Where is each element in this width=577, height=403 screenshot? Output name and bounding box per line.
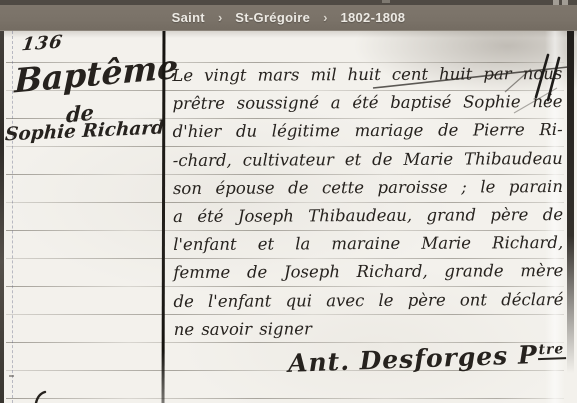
rule-line — [6, 398, 564, 399]
breadcrumb-bar: Saint › St-Grégoire › 1802-1808 — [0, 5, 577, 31]
chevron-right-icon: › — [218, 10, 222, 25]
act-type-heading: Baptême — [14, 49, 160, 101]
entry-number: 136 — [20, 32, 64, 56]
manuscript-line: prêtre soussigné a été baptisé Sophie né… — [172, 88, 562, 118]
manuscript-line: a été Joseph Thibaudeau, grand père de — [173, 201, 563, 231]
signature-title-superscript: tre — [537, 341, 565, 360]
record-image-canvas[interactable]: 136 Baptême de Sophie Richard Le vingt m… — [0, 31, 577, 403]
priest-signature: Ant. Desforges Ptre — [288, 339, 566, 378]
manuscript-line: -chard, cultivateur et de Marie Thibaude… — [173, 145, 563, 175]
breadcrumb-item-years[interactable]: 1802-1808 — [340, 10, 405, 25]
manuscript-line: Le vingt mars mil huit cent huit par nou… — [172, 60, 562, 90]
book-spine-edge — [0, 31, 4, 403]
cropped-content-fragment — [382, 0, 390, 3]
breadcrumb-item-parish[interactable]: Saint — [172, 10, 205, 25]
margin-guide-line — [12, 31, 13, 403]
manuscript-line: femme de Joseph Richard, grande mère — [173, 257, 563, 287]
manuscript-line: son épouse de cette paroisse ; le parain — [173, 173, 563, 203]
breadcrumb-item-place[interactable]: St-Grégoire — [235, 10, 310, 25]
margin-divider-line — [162, 31, 166, 403]
subject-name: Sophie Richard — [4, 118, 160, 146]
manuscript-line: ne savoir signer — [174, 314, 564, 344]
record-body-text: Le vingt mars mil huit cent huit par nou… — [172, 60, 563, 344]
record-viewer-window: Saint › St-Grégoire › 1802-1808 — [0, 0, 577, 403]
signature-title: P — [517, 340, 538, 370]
signature-name: Ant. Desforges — [288, 341, 509, 378]
page-right-edge — [567, 31, 574, 403]
manuscript-line: d'hier du légitime mariage de Pierre Ri- — [173, 116, 563, 146]
chevron-right-icon: › — [323, 10, 327, 25]
manuscript-line: l'enfant et la maraine Marie Richard, — [173, 229, 563, 259]
manuscript-line: de l'enfant qui avec le père ont déclaré — [173, 285, 563, 315]
